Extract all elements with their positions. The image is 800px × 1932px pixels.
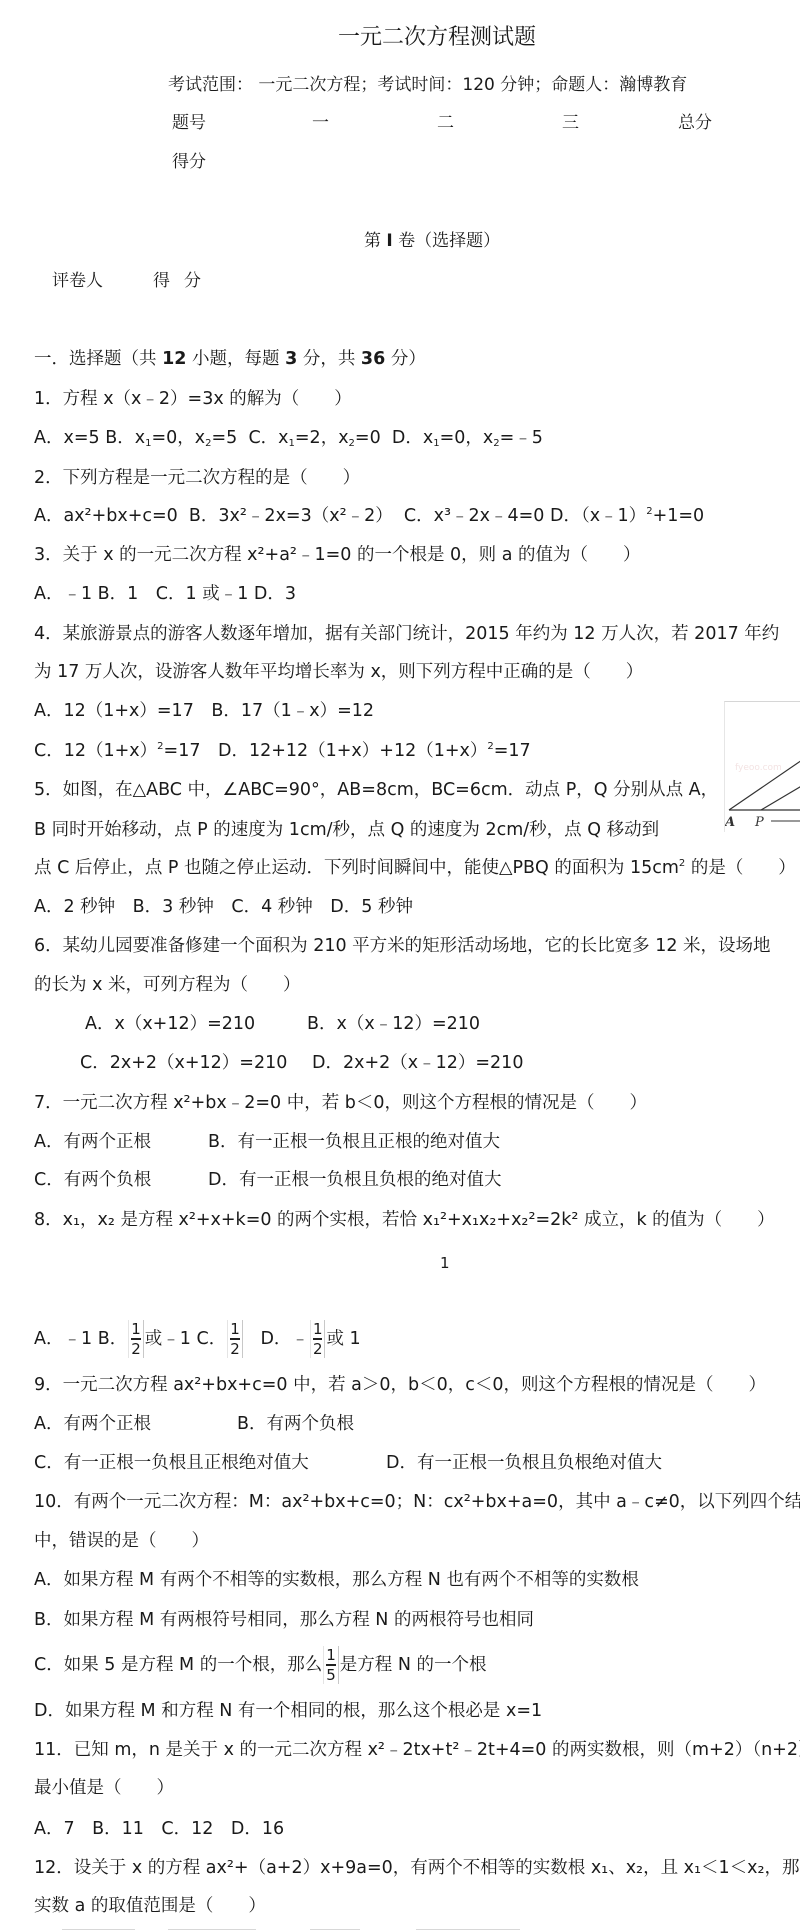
q10-option-b: B．如果方程 M 有两根符号相同，那么方程 N 的两根符号也相同: [34, 1608, 534, 1632]
page-number: 1: [440, 1251, 450, 1275]
question-6-stem-line-2: 的长为 x 米，可列方程为（ ）: [34, 973, 300, 997]
svg-text:P: P: [754, 815, 764, 830]
q12-option-c-cutoff: [310, 1929, 360, 1930]
q2-option-c: C．x³﹣2x﹣4=0: [404, 506, 545, 526]
q1-option-d: D．x1=0，x2=﹣5: [392, 428, 543, 448]
question-4-stem-line-1: 4．某旅游景点的游客人数逐年增加，据有关部门统计，2015 年约为 12 万人次…: [34, 622, 779, 646]
part-title-suffix: 卷（选择题）: [398, 231, 500, 251]
grader-score-label: 得分: [153, 269, 201, 293]
question-7-stem: 7．一元二次方程 x²+bx﹣2=0 中，若 b＜0，则这个方程根的情况是（ ）: [34, 1091, 647, 1115]
score-table-col-2: 二: [437, 111, 454, 135]
question-12-stem-line-2: 实数 a 的取值范围是（ ）: [34, 1894, 266, 1918]
part-title-roman: I: [386, 231, 392, 251]
q7-option-c: C．有两个负根: [34, 1168, 151, 1192]
fraction-one-half: 12: [227, 1320, 243, 1358]
q1-option-c: C．x1=2，x2=0: [248, 428, 380, 448]
question-4-options-cd: C．12（1+x）2=17 D．12+12（1+x）+12（1+x）2=17: [34, 739, 531, 763]
q2-option-d: D．（x﹣1）2+1=0: [550, 506, 704, 526]
question-5-stem-line-1: 5．如图，在△ABC 中，∠ABC=90°，AB=8cm，BC=6cm．动点 P…: [34, 778, 718, 802]
question-5-stem-line-2: B 同时开始移动，点 P 的速度为 1cm/秒，点 Q 的速度为 2cm/秒，点…: [34, 818, 659, 842]
fraction-one-fifth: 15: [323, 1646, 339, 1684]
question-10-stem-line-1: 10．有两个一元二次方程：M：ax²+bx+c=0；N：cx²+bx+a=0，其…: [34, 1490, 800, 1514]
section-header-mid1: 小题，每题: [186, 349, 285, 369]
q12-option-b-cutoff: [168, 1929, 256, 1930]
q7-option-a: A．有两个正根: [34, 1130, 151, 1154]
q6-option-a: A．x（x+12）=210: [85, 1012, 255, 1036]
q6-option-d: D．2x+2（x﹣12）=210: [312, 1051, 523, 1075]
q9-option-d: D．有一正根一负根且负根绝对值大: [386, 1451, 662, 1475]
exam-info-line: 考试范围： 一元二次方程；考试时间：120 分钟；命题人：瀚博教育: [168, 73, 687, 97]
question-3-stem: 3．关于 x 的一元二次方程 x²+a²﹣1=0 的一个根是 0，则 a 的值为…: [34, 543, 641, 567]
q9-option-a: A．有两个正根: [34, 1412, 151, 1436]
svg-text:fyeoo.com: fyeoo.com: [735, 763, 782, 773]
q10-option-c: C．如果 5 是方程 M 的一个根，那么15是方程 N 的一个根: [34, 1646, 486, 1684]
grader-score-char-1: 得: [153, 271, 170, 291]
q7-option-b: B．有一正根一负根且正根的绝对值大: [208, 1130, 500, 1154]
question-8-stem: 8．x₁，x₂ 是方程 x²+x+k=0 的两个实根，若恰 x₁²+x₁x₂+x…: [34, 1208, 775, 1232]
section-header: 一．选择题（共 12 小题，每题 3 分，共 36 分）: [34, 347, 426, 371]
q2-option-a: A．ax²+bx+c=0: [34, 506, 178, 526]
q10-option-d: D．如果方程 M 和方程 N 有一个相同的根，那么这个根必是 x=1: [34, 1699, 542, 1723]
question-6-stem-line-1: 6．某幼儿园要准备修建一个面积为 210 平方米的矩形活动场地，它的长比宽多 1…: [34, 934, 771, 958]
score-table-score-label: 得分: [172, 150, 206, 174]
q9-option-c: C．有一正根一负根且正根绝对值大: [34, 1451, 309, 1475]
q2-option-b: B．3x²﹣2x=3（x²﹣2）: [189, 506, 393, 526]
question-11-stem-line-1: 11．已知 m，n 是关于 x 的一元二次方程 x²﹣2tx+t²﹣2t+4=0…: [34, 1738, 800, 1762]
question-9-stem: 9．一元二次方程 ax²+bx+c=0 中，若 a＞0，b＜0，c＜0，则这个方…: [34, 1373, 766, 1397]
score-table-col-total: 总分: [678, 111, 712, 135]
question-10-stem-line-2: 中，错误的是（ ）: [34, 1529, 209, 1553]
fraction-one-half: 12: [128, 1320, 144, 1358]
points-total: 36: [361, 349, 385, 369]
svg-text:A: A: [725, 815, 735, 830]
question-2-options: A．ax²+bx+c=0 B．3x²﹣2x=3（x²﹣2） C．x³﹣2x﹣4=…: [34, 504, 704, 528]
points-each: 3: [285, 349, 297, 369]
q6-option-b: B．x（x﹣12）=210: [307, 1012, 480, 1036]
q6-option-c: C．2x+2（x+12）=210: [80, 1051, 287, 1075]
q7-option-d: D．有一正根一负根且负根的绝对值大: [208, 1168, 501, 1192]
grader-score-char-2: 分: [184, 271, 201, 291]
q8-option-b: B．12或﹣1: [98, 1329, 191, 1349]
question-12-stem-line-1: 12．设关于 x 的方程 ax²+（a+2）x+9a=0，有两个不相等的实数根 …: [34, 1856, 800, 1880]
triangle-figure: fyeoo.com A P: [724, 701, 800, 832]
score-table-col-3: 三: [562, 111, 579, 135]
triangle-abc-diagram-icon: fyeoo.com A P: [725, 702, 800, 832]
score-table-row-label: 题号: [172, 111, 206, 135]
section-header-prefix: 一．选择题（共: [34, 349, 162, 369]
question-11-stem-line-2: 最小值是（ ）: [34, 1776, 174, 1800]
q12-option-a-cutoff: [62, 1929, 135, 1930]
question-1-stem: 1．方程 x（x﹣2）=3x 的解为（ ）: [34, 387, 352, 411]
question-3-options: A．﹣1 B．1 C．1 或﹣1 D．3: [34, 582, 296, 606]
question-11-options: A．7 B．11 C．12 D．16: [34, 1817, 284, 1841]
q8-option-d: D．﹣12或 1: [260, 1329, 360, 1349]
part-title: 第 I 卷（选择题）: [364, 229, 500, 253]
question-8-options: A．﹣1 B．12或﹣1 C．12 D．﹣12或 1: [34, 1320, 361, 1358]
q8-option-a: A．﹣1: [34, 1329, 92, 1349]
q12-option-d-cutoff: [416, 1929, 520, 1930]
question-4-options-ab: A．12（1+x）=17 B．17（1﹣x）=12: [34, 699, 374, 723]
question-4-stem-line-2: 为 17 万人次，设游客人数年平均增长率为 x，则下列方程中正确的是（ ）: [34, 660, 643, 684]
question-1-options: A．x=5 B．x1=0，x2=5 C．x1=2，x2=0 D．x1=0，x2=…: [34, 426, 543, 450]
score-table-col-1: 一: [312, 111, 329, 135]
question-5-stem-line-3: 点 C 后停止，点 P 也随之停止运动．下列时间瞬间中，能使△PBQ 的面积为 …: [34, 856, 796, 880]
question-5-options: A．2 秒钟 B．3 秒钟 C．4 秒钟 D．5 秒钟: [34, 895, 413, 919]
q9-option-b: B．有两个负根: [237, 1412, 354, 1436]
section-header-suffix: 分）: [385, 349, 426, 369]
section-header-mid2: 分，共: [297, 349, 361, 369]
grader-label: 评卷人: [52, 269, 103, 293]
part-title-prefix: 第: [364, 231, 381, 251]
q10-option-a: A．如果方程 M 有两个不相等的实数根，那么方程 N 也有两个不相等的实数根: [34, 1568, 639, 1592]
question-2-stem: 2．下列方程是一元二次方程的是（ ）: [34, 466, 360, 490]
fraction-one-half: 12: [310, 1320, 326, 1358]
q1-option-a: A．x=5: [34, 428, 100, 448]
question-count: 12: [162, 349, 186, 369]
document-title: 一元二次方程测试题: [338, 26, 536, 50]
q8-option-c: C．12: [196, 1329, 243, 1349]
q1-option-b: B．x1=0，x2=5: [105, 428, 237, 448]
